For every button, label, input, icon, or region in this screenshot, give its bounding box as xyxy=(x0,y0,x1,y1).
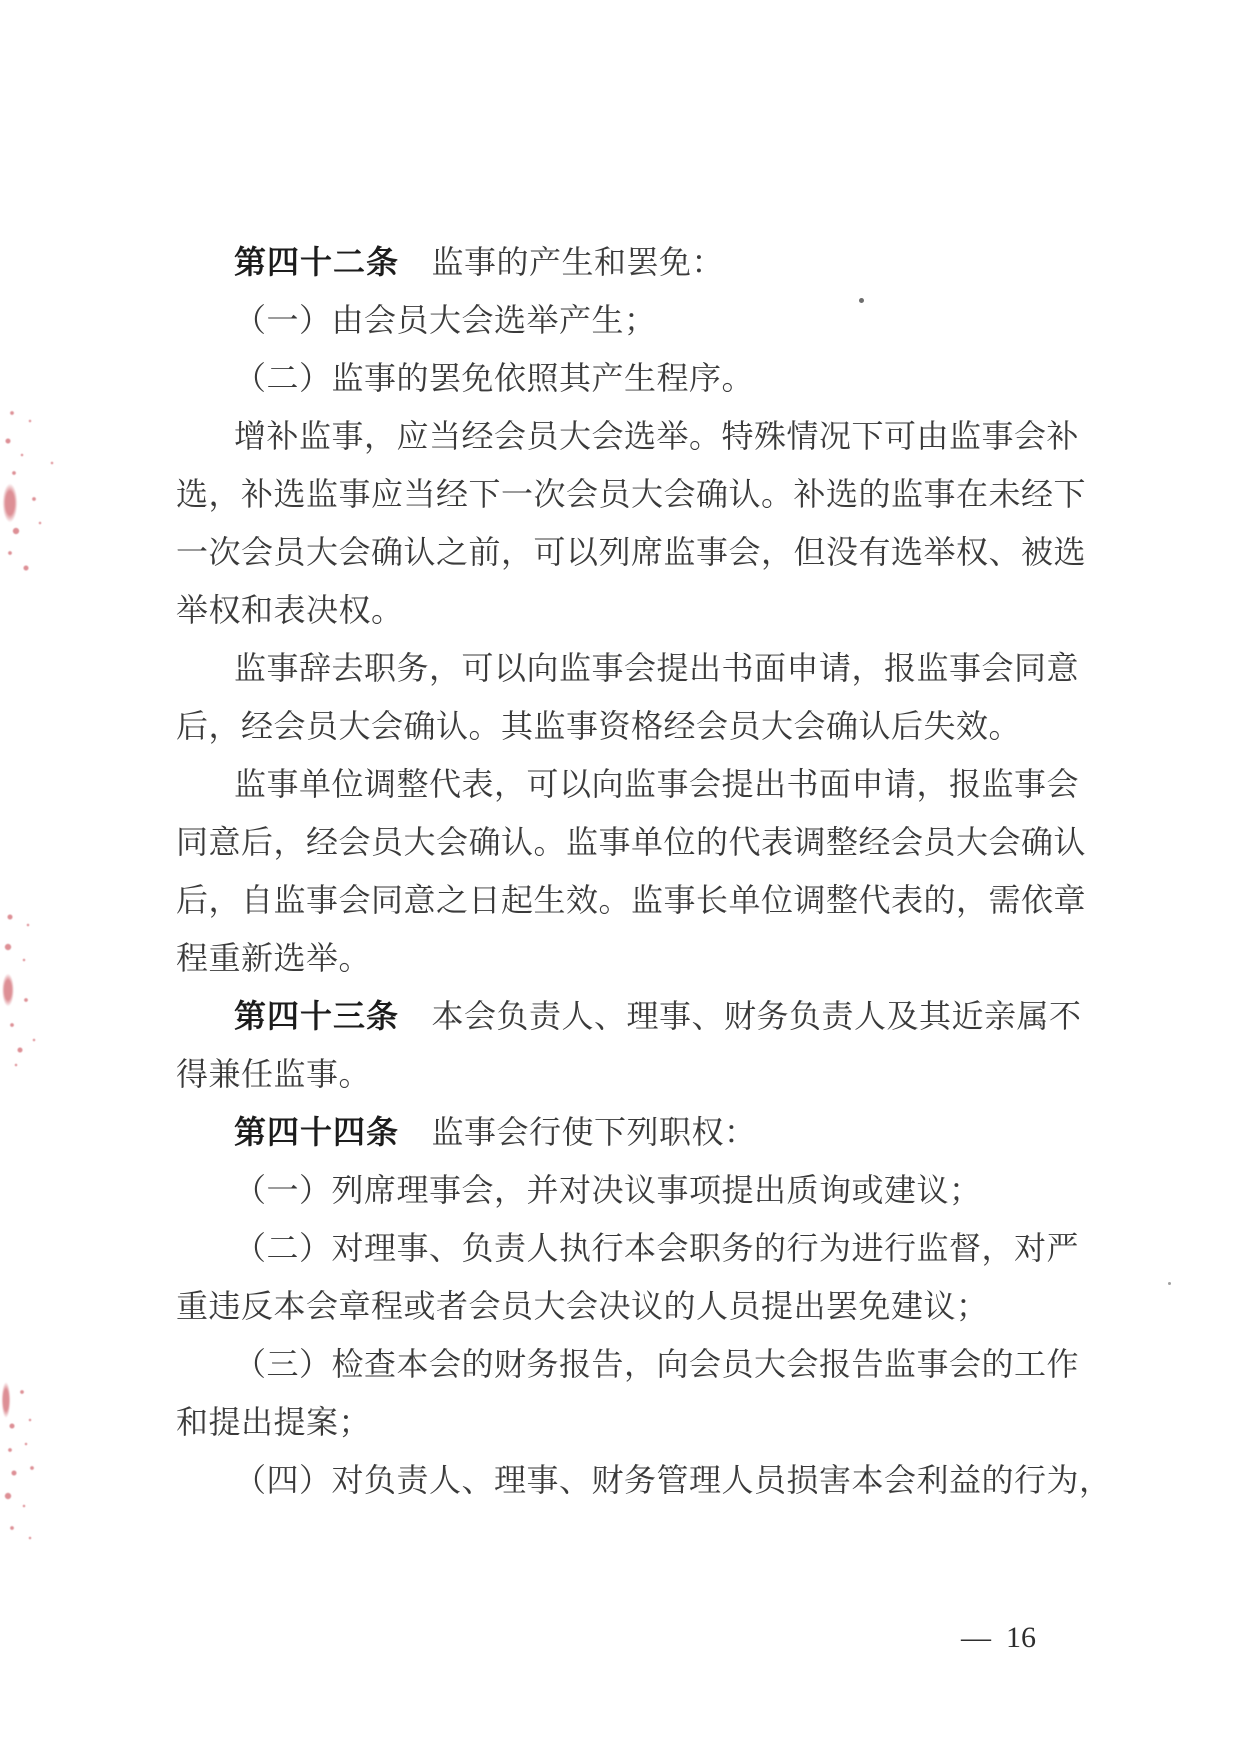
text-segment: （二）对理事、负责人执行本会职务的行为进行监督，对严 xyxy=(234,1230,1079,1266)
text-line: 重违反本会章程或者会员大会决议的人员提出罢免建议； xyxy=(176,1277,1106,1335)
text-segment: 程重新选举。 xyxy=(176,940,371,976)
text-segment: 后，经会员大会确认。其监事资格经会员大会确认后失效。 xyxy=(176,708,1021,744)
text-segment: 增补监事，应当经会员大会选举。特殊情况下可由监事会补 xyxy=(234,418,1079,454)
text-segment: 同意后，经会员大会确认。监事单位的代表调整经会员大会确认 xyxy=(176,824,1086,860)
text-segment: 监事的产生和罢免： xyxy=(399,244,724,280)
text-segment: 一次会员大会确认之前，可以列席监事会，但没有选举权、被选 xyxy=(176,534,1086,570)
article-number: 第四十四条 xyxy=(234,1114,399,1150)
document-text: 第四十二条 监事的产生和罢免：（一）由会员大会选举产生；（二）监事的罢免依照其产… xyxy=(176,233,1106,1509)
scanned-document-page: 第四十二条 监事的产生和罢免：（一）由会员大会选举产生；（二）监事的罢免依照其产… xyxy=(0,0,1240,1754)
text-segment: （三）检查本会的财务报告，向会员大会报告监事会的工作 xyxy=(234,1346,1079,1382)
text-line: 后，自监事会同意之日起生效。监事长单位调整代表的，需依章 xyxy=(176,871,1106,929)
text-line: 举权和表决权。 xyxy=(176,581,1106,639)
text-segment: （一）由会员大会选举产生； xyxy=(234,302,657,338)
red-seal-remnant-top xyxy=(0,403,70,588)
article-number: 第四十三条 xyxy=(234,998,399,1034)
red-seal-remnant-bottom xyxy=(0,1378,62,1550)
text-segment: 重违反本会章程或者会员大会决议的人员提出罢免建议； xyxy=(176,1288,989,1324)
text-segment: 后，自监事会同意之日起生效。监事长单位调整代表的，需依章 xyxy=(176,882,1086,918)
page-number: —16 xyxy=(961,1620,1036,1656)
text-line: 监事辞去职务，可以向监事会提出书面申请，报监事会同意 xyxy=(176,639,1106,697)
text-segment: （一）列席理事会，并对决议事项提出质询或建议； xyxy=(234,1172,982,1208)
text-line: 第四十二条 监事的产生和罢免： xyxy=(176,233,1106,291)
text-segment: （四）对负责人、理事、财务管理人员损害本会利益的行为， xyxy=(234,1462,1112,1498)
text-segment: 和提出提案； xyxy=(176,1404,371,1440)
text-line: （一）由会员大会选举产生； xyxy=(176,291,1106,349)
text-line: 程重新选举。 xyxy=(176,929,1106,987)
text-segment: （二）监事的罢免依照其产生程序。 xyxy=(234,360,754,396)
text-line: 后，经会员大会确认。其监事资格经会员大会确认后失效。 xyxy=(176,697,1106,755)
text-line: 选，补选监事应当经下一次会员大会确认。补选的监事在未经下 xyxy=(176,465,1106,523)
text-line: （四）对负责人、理事、财务管理人员损害本会利益的行为， xyxy=(176,1451,1106,1509)
text-segment: 本会负责人、理事、财务负责人及其近亲属不 xyxy=(399,998,1082,1034)
text-line: 同意后，经会员大会确认。监事单位的代表调整经会员大会确认 xyxy=(176,813,1106,871)
text-line: 增补监事，应当经会员大会选举。特殊情况下可由监事会补 xyxy=(176,407,1106,465)
text-segment: 监事单位调整代表，可以向监事会提出书面申请，报监事会 xyxy=(234,766,1079,802)
text-line: 监事单位调整代表，可以向监事会提出书面申请，报监事会 xyxy=(176,755,1106,813)
text-line: （一）列席理事会，并对决议事项提出质询或建议； xyxy=(176,1161,1106,1219)
text-line: 和提出提案； xyxy=(176,1393,1106,1451)
text-segment: 监事会行使下列职权： xyxy=(399,1114,757,1150)
text-segment: 得兼任监事。 xyxy=(176,1056,371,1092)
text-segment: 选，补选监事应当经下一次会员大会确认。补选的监事在未经下 xyxy=(176,476,1086,512)
article-number: 第四十二条 xyxy=(234,244,399,280)
text-line: （二）监事的罢免依照其产生程序。 xyxy=(176,349,1106,407)
text-segment: 举权和表决权。 xyxy=(176,592,404,628)
scan-speckle xyxy=(1168,1282,1171,1285)
text-line: （二）对理事、负责人执行本会职务的行为进行监督，对严 xyxy=(176,1219,1106,1277)
text-segment: 监事辞去职务，可以向监事会提出书面申请，报监事会同意 xyxy=(234,650,1079,686)
red-seal-remnant-middle xyxy=(0,905,60,1073)
page-number-value: 16 xyxy=(1006,1621,1036,1654)
text-line: 一次会员大会确认之前，可以列席监事会，但没有选举权、被选 xyxy=(176,523,1106,581)
text-line: 第四十三条 本会负责人、理事、财务负责人及其近亲属不 xyxy=(176,987,1106,1045)
text-line: 第四十四条 监事会行使下列职权： xyxy=(176,1103,1106,1161)
text-line: （三）检查本会的财务报告，向会员大会报告监事会的工作 xyxy=(176,1335,1106,1393)
page-number-dash: — xyxy=(961,1621,991,1654)
text-line: 得兼任监事。 xyxy=(176,1045,1106,1103)
